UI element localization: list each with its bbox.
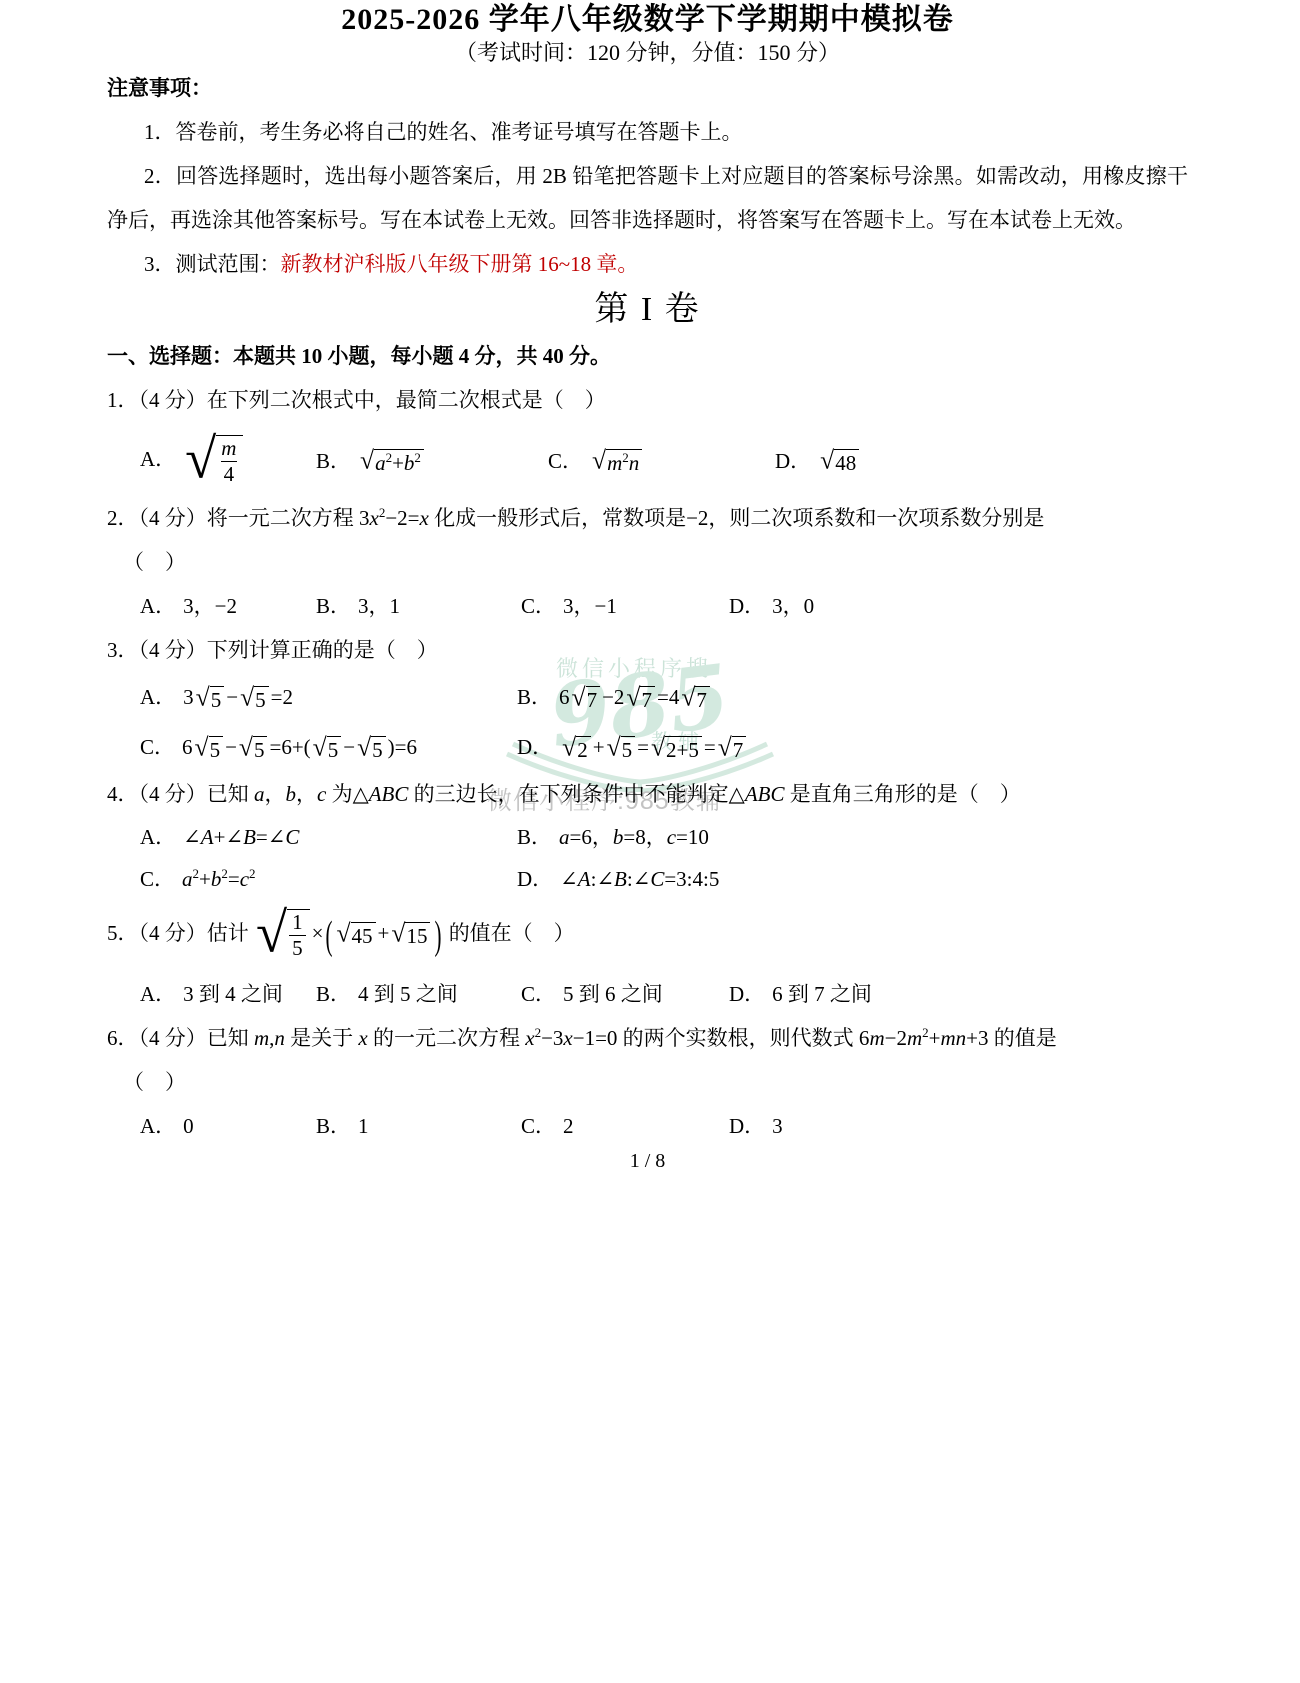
question-1-options: A．√m4 B．√a2+b2 C．√m2n D．√48 [107,426,1188,496]
part-one-heading: 一、选择题：本题共 10 小题，每小题 4 分，共 40 分。 [107,334,1188,378]
question-2-answer-blank: （ ） [107,540,1188,584]
option-label: D． [775,449,811,473]
question-6-answer-blank: （ ） [107,1060,1188,1104]
question-5: 5．（4 分）估计 √15×(√45+√15) 的值在（ ） A．3 到 4 之… [107,900,1188,1016]
notice-heading: 注意事项： [107,66,1188,110]
notice-item-3-scope: 新教材沪科版八年级下册第 16~18 章。 [281,252,639,276]
question-4-options: A．∠A+∠B=∠C B．a=6，b=8，c=10 C．a2+b2=c2 D．∠… [107,816,1188,900]
option-value: a2+b2=c2 [182,867,256,891]
option-value: 5 到 6 之间 [563,982,663,1006]
question-4: 4．（4 分）已知 a，b，c 为△ABC 的三边长，在下列条件中不能判定△AB… [107,772,1188,900]
question-6: 6．（4 分）已知 m,n 是关于 x 的一元二次方程 x2−3x−1=0 的两… [107,1016,1188,1148]
option-label: A． [140,825,176,849]
option-label: A． [140,1114,176,1138]
option-label: D． [729,594,765,618]
option-label: C． [140,735,175,759]
option-a: A．∠A+∠B=∠C [140,816,517,858]
exam-meta: （考试时间：120 分钟，分值：150 分） [107,40,1188,66]
option-a: A．√m4 [140,435,316,487]
option-value: ∠A:∠B:∠C=3:4:5 [560,867,719,891]
question-5-stem: 5．（4 分）估计 √15×(√45+√15) 的值在（ ） [107,900,1188,968]
option-value: 3，−2 [183,594,237,618]
option-b: B．a=6，b=8，c=10 [517,816,1188,858]
option-a: A．3，−2 [140,584,316,628]
option-value: 0 [183,1114,194,1138]
option-value: a=6，b=8，c=10 [559,825,709,849]
option-d: D．6 到 7 之间 [729,972,1188,1016]
option-value: √a2+b2 [358,449,426,473]
option-d: D．3，0 [729,584,1188,628]
option-value: √48 [818,449,861,473]
notice-item-3: 3．测试范围：新教材沪科版八年级下册第 16~18 章。 [107,242,1188,286]
option-a: A．3√5−√5=2 [140,672,517,722]
option-value: 6√5−√5=6+(√5−√5)=6 [182,735,417,759]
option-label: B． [316,982,351,1006]
option-label: A． [140,594,176,618]
question-2-options: A．3，−2 B．3，1 C．3，−1 D．3，0 [107,584,1188,628]
question-1: 1．（4 分）在下列二次根式中，最简二次根式是（ ） A．√m4 B．√a2+b… [107,378,1188,496]
option-value: 4 到 5 之间 [358,982,458,1006]
option-value: √m4 [183,447,245,471]
option-b: B．1 [316,1104,521,1148]
option-value: 3√5−√5=2 [183,685,293,709]
notice-item-2: 2．回答选择题时，选出每小题答案后，用 2B 铅笔把答题卡上对应题目的答案标号涂… [107,154,1188,242]
question-3-options: A．3√5−√5=2 B．6√7−2√7=4√7 C．6√5−√5=6+(√5−… [107,672,1188,772]
question-2: 2．（4 分）将一元二次方程 3x2−2=x 化成一般形式后，常数项是−2，则二… [107,496,1188,628]
option-value: 2 [563,1114,574,1138]
option-value: 6√7−2√7=4√7 [559,685,712,709]
question-4-stem: 4．（4 分）已知 a，b，c 为△ABC 的三边长，在下列条件中不能判定△AB… [107,772,1188,816]
option-label: C． [521,982,556,1006]
question-3: 3．（4 分）下列计算正确的是（ ） A．3√5−√5=2 B．6√7−2√7=… [107,628,1188,772]
option-label: B． [517,825,552,849]
option-label: A． [140,447,176,471]
option-c: C．6√5−√5=6+(√5−√5)=6 [140,722,517,772]
option-value: 3，0 [772,594,814,618]
option-label: D． [517,867,553,891]
option-value: 1 [358,1114,369,1138]
option-label: D． [517,735,553,759]
option-value: √m2n [590,449,644,473]
option-label: B． [316,594,351,618]
option-a: A．3 到 4 之间 [140,972,316,1016]
option-value: 3，1 [358,594,400,618]
notice-item-3-prefix: 3．测试范围： [144,252,281,276]
option-b: B．3，1 [316,584,521,628]
option-d: D．√48 [775,446,1188,477]
option-value: 3 到 4 之间 [183,982,283,1006]
option-d: D．3 [729,1104,1188,1148]
option-c: C．3，−1 [521,584,729,628]
option-value: 3，−1 [563,594,617,618]
option-value: √2+√5=√2+5=√7 [560,735,748,759]
question-5-options: A．3 到 4 之间 B．4 到 5 之间 C．5 到 6 之间 D．6 到 7… [107,972,1188,1016]
option-label: C． [548,449,583,473]
option-label: B． [316,1114,351,1138]
question-3-stem: 3．（4 分）下列计算正确的是（ ） [107,628,1188,672]
page-title: 2025-2026 学年八年级数学下学期期中模拟卷 [107,0,1188,40]
option-b: B．6√7−2√7=4√7 [517,672,1188,722]
option-d: D．√2+√5=√2+5=√7 [517,722,1188,772]
option-d: D．∠A:∠B:∠C=3:4:5 [517,858,1188,900]
option-label: C． [521,594,556,618]
option-label: D． [729,982,765,1006]
section-heading: 第 I 卷 [107,286,1188,334]
question-6-options: A．0 B．1 C．2 D．3 [107,1104,1188,1148]
option-value: 3 [772,1114,783,1138]
option-c: C．5 到 6 之间 [521,972,729,1016]
exam-page: 2025-2026 学年八年级数学下学期期中模拟卷 （考试时间：120 分钟，分… [0,0,1300,1683]
option-c: C．2 [521,1104,729,1148]
notice-item-1: 1．答卷前，考生务必将自己的姓名、准考证号填写在答题卡上。 [107,110,1188,154]
option-c: C．√m2n [548,446,775,477]
option-label: B． [517,685,552,709]
question-1-stem: 1．（4 分）在下列二次根式中，最简二次根式是（ ） [107,378,1188,422]
question-6-stem: 6．（4 分）已知 m,n 是关于 x 的一元二次方程 x2−3x−1=0 的两… [107,1016,1188,1060]
option-label: C． [140,867,175,891]
option-label: A． [140,982,176,1006]
option-label: B． [316,449,351,473]
option-label: D． [729,1114,765,1138]
option-label: A． [140,685,176,709]
page-number: 1 / 8 [107,1148,1188,1174]
option-label: C． [521,1114,556,1138]
option-value: ∠A+∠B=∠C [183,825,299,849]
option-value: 6 到 7 之间 [772,982,872,1006]
option-b: B．√a2+b2 [316,446,548,477]
option-a: A．0 [140,1104,316,1148]
question-2-stem: 2．（4 分）将一元二次方程 3x2−2=x 化成一般形式后，常数项是−2，则二… [107,496,1188,540]
option-b: B．4 到 5 之间 [316,972,521,1016]
